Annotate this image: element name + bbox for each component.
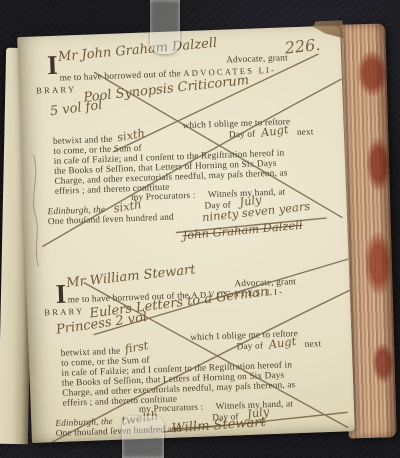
printed-next: next	[297, 127, 314, 138]
borrower-signature: Willm Stewart	[171, 415, 266, 437]
printed-advocate-grant: Advocate, grant	[226, 53, 288, 65]
printed-brary: BRARY	[44, 306, 84, 317]
due-day: first	[124, 338, 150, 356]
photograph-of-library-register: 226. I Mr John Graham Dalzell Advocate, …	[0, 0, 400, 458]
page-clip-top	[150, 0, 180, 54]
marginal-writing-scrawl	[32, 155, 40, 267]
book-detail: 5 vol fol	[49, 98, 103, 119]
dropcap-initial: I	[55, 281, 66, 308]
borrower-name: Mr William Stewart	[66, 262, 197, 291]
borrower-name: Mr John Graham Dalzell	[57, 36, 217, 65]
printed-next: next	[304, 339, 321, 350]
signed-day: sixth	[113, 197, 143, 215]
due-month: Augt	[260, 122, 289, 140]
page-number: 226.	[284, 35, 321, 58]
printed-day-of: Day of	[237, 341, 264, 352]
due-month: Augt	[268, 334, 297, 352]
printed-brary: BRARY	[36, 84, 76, 95]
due-day: sixth	[116, 126, 146, 145]
borrower-signature: John Graham Dalzell	[182, 218, 303, 243]
register-page: 226. I Mr John Graham Dalzell Advocate, …	[17, 25, 355, 443]
page-clip-bottom	[122, 416, 164, 458]
dropcap-initial: I	[47, 52, 58, 79]
printed-day-of: Day of	[229, 130, 256, 141]
